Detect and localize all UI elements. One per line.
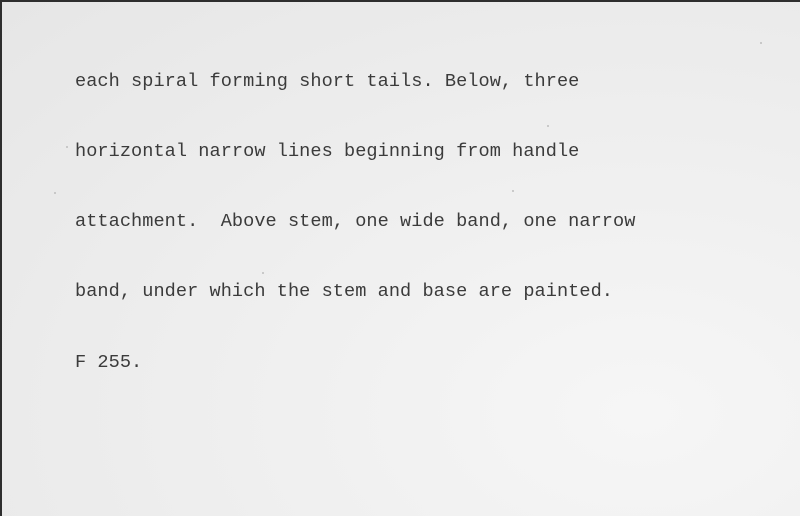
text-line-2: horizontal narrow lines beginning from h… [75, 140, 635, 163]
text-line-5-catalog-number: F 255. [75, 351, 635, 374]
text-line-4: band, under which the stem and base are … [75, 280, 635, 303]
paper-speck [760, 42, 762, 44]
typewritten-text: each spiral forming short tails. Below, … [75, 23, 635, 421]
paper-speck [66, 146, 68, 148]
index-card: each spiral forming short tails. Below, … [2, 2, 800, 516]
paper-speck [54, 192, 56, 194]
paper-speck [547, 125, 549, 127]
paper-speck [262, 272, 264, 274]
paper-speck [512, 190, 514, 192]
text-line-3: attachment. Above stem, one wide band, o… [75, 210, 635, 233]
text-line-1: each spiral forming short tails. Below, … [75, 70, 635, 93]
